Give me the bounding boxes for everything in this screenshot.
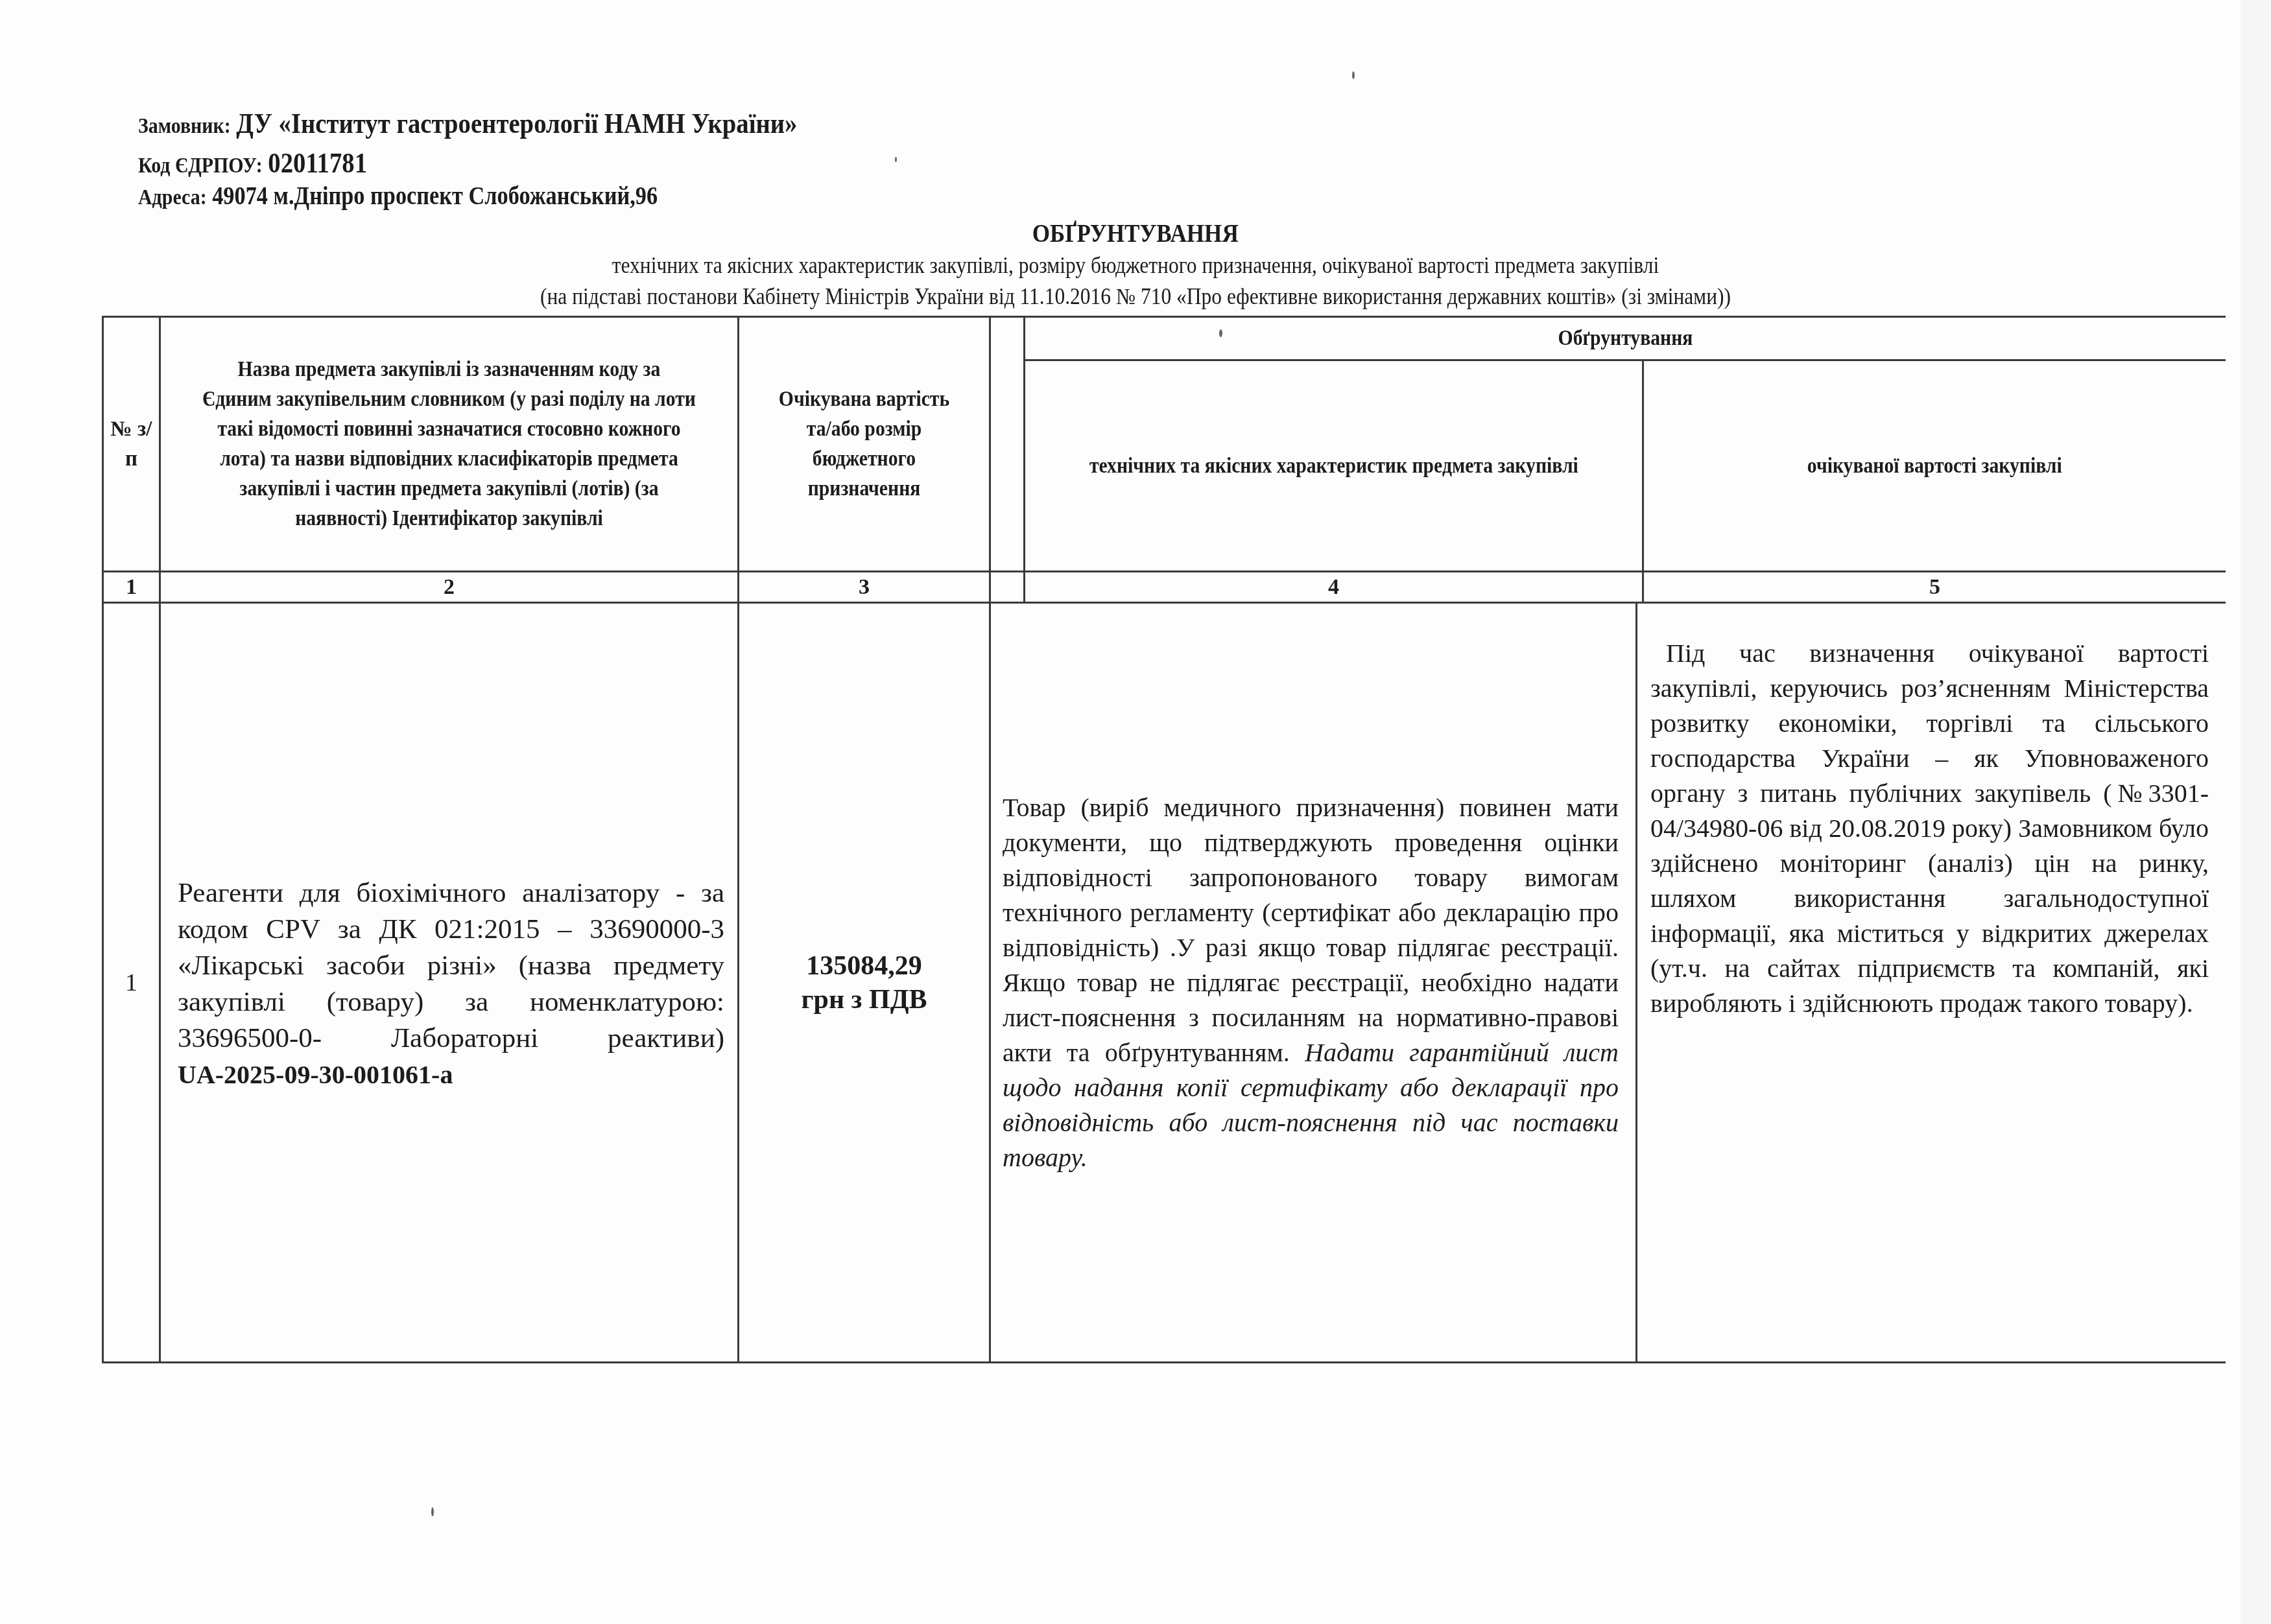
index-cell: 5 (1644, 572, 2226, 602)
document-subtitle: технічних та якісних характеристик закуп… (0, 253, 2271, 279)
document-basis: (на підставі постанови Кабінету Міністрі… (0, 284, 2271, 310)
scan-artifact (1219, 329, 1222, 337)
header-item-name: Назва предмета закупівлі із зазначенням … (161, 318, 737, 571)
procurement-id: UA-2025-09-30-001061-a (178, 1059, 724, 1090)
expected-cost-cell: 135084,29 грн з ПДВ (739, 604, 989, 1361)
edrpou-label: Код ЄДРПОУ: (138, 154, 263, 178)
scan-artifact (1352, 71, 1355, 79)
scan-artifact (431, 1507, 434, 1516)
tech-justification-text: Товар (виріб медичного призначення) пови… (1003, 790, 1619, 1175)
index-cell: 2 (161, 572, 737, 602)
row-number: 1 (104, 604, 159, 1361)
customer-line: Замовник: ДУ «Інститут гастроентерології… (138, 107, 797, 140)
index-cell: 3 (739, 572, 989, 602)
edrpou-line: Код ЄДРПОУ: 02011781 (138, 147, 367, 180)
address-value: 49074 м.Дніпро проспект Слобожанський,96 (212, 182, 658, 210)
header-expected-cost: Очікувана вартість та/або розмір бюджетн… (739, 318, 989, 571)
item-description-cell: Реагенти для біохімічного аналізатору - … (161, 604, 737, 1361)
address-label: Адреса: (138, 185, 207, 209)
cost-amount: 135084,29 (806, 949, 922, 983)
scan-artifact (895, 157, 897, 162)
index-cell: 1 (104, 572, 159, 602)
customer-label: Замовник: (138, 114, 231, 138)
tech-justification-cell: Товар (виріб медичного призначення) пови… (991, 604, 1635, 1361)
customer-name: ДУ «Інститут гастроентерології НАМН Укра… (236, 108, 797, 139)
header-expected-value: очікуваної вартості закупівлі (1644, 361, 2226, 571)
edrpou-value: 02011781 (268, 147, 367, 179)
address-line: Адреса: 49074 м.Дніпро проспект Слобожан… (138, 182, 658, 211)
document-title: ОБҐРУНТУВАННЯ (0, 219, 2271, 248)
value-justification-cell: Під час визначення очікуваної вартості з… (1637, 604, 2226, 1361)
item-description: Реагенти для біохімічного аналізатору - … (178, 875, 724, 1057)
header-number: № з/п (104, 318, 159, 571)
value-justification-text: Під час визначення очікуваної вартості з… (1650, 636, 2209, 1021)
header-justification: Обґрунтування (1025, 318, 2226, 359)
index-cell: 4 (1025, 572, 1642, 602)
header-tech-characteristics: технічних та якісних характеристик предм… (1025, 361, 1642, 571)
cost-unit: грн з ПДВ (801, 983, 927, 1017)
